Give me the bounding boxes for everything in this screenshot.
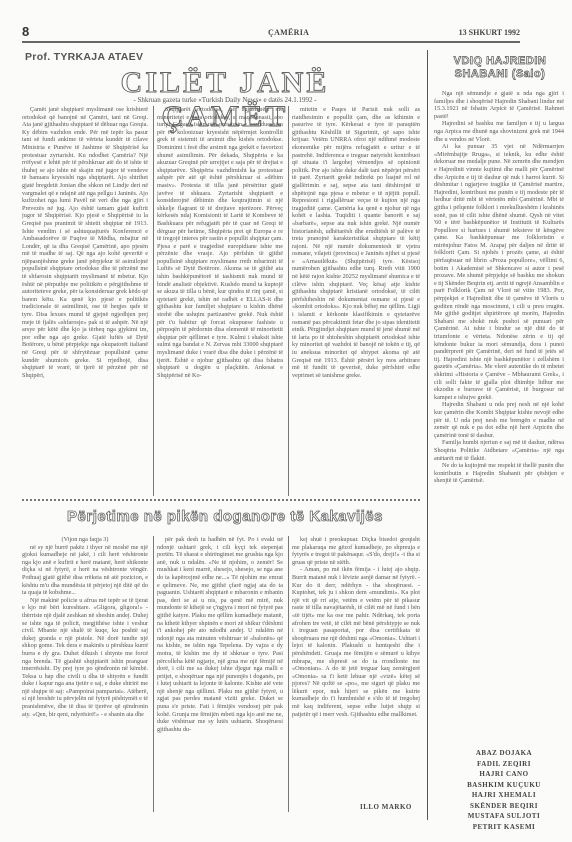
paragraph: Nga një sëmundje e gjatë u nda nga gjiri… xyxy=(434,90,564,120)
signatory: ABAZ DOJAKA xyxy=(440,748,568,759)
column-divider xyxy=(288,106,289,496)
main-article-column-1: Çamët janë shqiptarë myslimanë ose krish… xyxy=(22,106,148,496)
article-subtitle: - Shkruan gazeta turke «Turkish Daily Ne… xyxy=(40,96,410,104)
article-separator xyxy=(22,499,420,501)
paragraph: Çamët janë shqiptarë myslimanë ose krish… xyxy=(22,106,148,379)
column-divider xyxy=(153,106,154,496)
article-signature: ILLO MARKO xyxy=(360,803,412,811)
signatory: HAJRI XHEMALI xyxy=(440,790,568,801)
signatory: FADIL ZEQIRI xyxy=(440,759,568,770)
main-article-column-3: mitetin e Paqes të Parisit nuk solli as … xyxy=(292,106,420,496)
column-divider xyxy=(288,536,289,812)
signatory: BASHKIM KUÇUKU xyxy=(440,780,568,791)
signatories-list: ABAZ DOJAKA FADIL ZEQIRI HAJRI CANO BASH… xyxy=(440,748,568,832)
paragraph: në sy një burrë pakëz i thyer në moshë m… xyxy=(22,544,148,597)
paragraph: Familja humbi njeriun e saj më të dashur… xyxy=(434,439,564,462)
paragraph: Ne do ta kujtojmë me respekt të thellë p… xyxy=(434,462,564,485)
paragraph: për pak desh iu hadhën në fyt. Po i evak… xyxy=(157,536,283,733)
section-divider xyxy=(427,50,428,820)
paragraph: Hajredini së bashku me familjen e tij u … xyxy=(434,120,564,143)
issue-date: 13 SHKURT 1992 xyxy=(459,28,520,37)
paragraph: - Aman, po më ikën fëmija - i lutej ajo … xyxy=(292,566,420,718)
paragraph: kej shuë i preokupuar. Diçka bisedoi gre… xyxy=(292,536,420,566)
paragraph: Hajredin Shabani u nda prej nesh në një … xyxy=(434,401,564,439)
page-number: 8 xyxy=(22,24,29,39)
second-article-column-1: (Vijon nga faqja 3) në sy një burrë pakë… xyxy=(22,536,148,812)
obituary-column: Nga një sëmundje e gjatë u nda nga gjiri… xyxy=(434,90,564,745)
article-author: Prof. TYRKAJA ATAEV xyxy=(25,51,143,63)
continued-note: (Vijon nga faqja 3) xyxy=(22,536,148,544)
obituary-title-line-2: SHABANI (Salo) xyxy=(440,68,560,81)
paragraph: Ai ka punuar 35 vjet në Ndërmarrjen «Mir… xyxy=(434,143,564,401)
main-article-column-2: Shqiptarët ortodoksë, në ngjashmëri me m… xyxy=(157,106,283,496)
second-article-column-2: për pak desh iu hadhën në fyt. Po i evak… xyxy=(157,536,283,812)
paragraph: mitetin e Paqes të Parisit nuk solli as … xyxy=(292,106,420,379)
signatory: HAJRI CANO xyxy=(440,769,568,780)
obituary-title-line-1: VDIQ HAJREDIN xyxy=(440,55,560,68)
column-divider xyxy=(153,536,154,812)
second-article-headline: Përjetime në pikën doganore të Kakavijës xyxy=(50,508,400,525)
paragraph: Një makinë policie u afrua më tepër se t… xyxy=(22,597,148,719)
signatory: SKËNDER BEQIRI xyxy=(440,801,568,812)
signatory: MUSTAFA SULJOTI xyxy=(440,811,568,822)
header-rule xyxy=(22,41,520,43)
signatory: PETRIT KASEMI xyxy=(440,822,568,833)
obituary-title: VDIQ HAJREDIN SHABANI (Salo) xyxy=(440,55,560,81)
second-article-column-3: kej shuë i preokupuar. Diçka bisedoi gre… xyxy=(292,536,420,798)
newspaper-name: ÇAMËRIA xyxy=(268,28,309,37)
paragraph: Shqiptarët ortodoksë, në ngjashmëri me m… xyxy=(157,106,283,379)
